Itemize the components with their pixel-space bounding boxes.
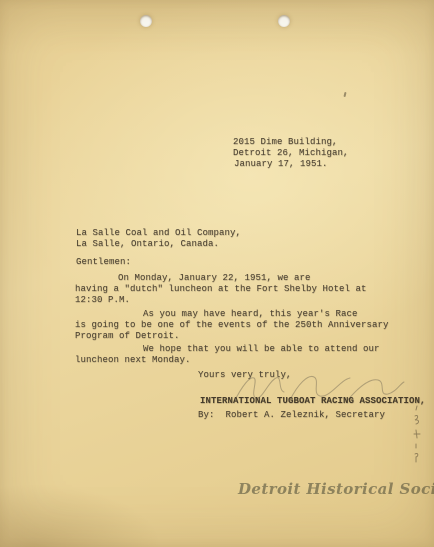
paper-speck — [343, 92, 346, 97]
paragraph-3-line-1: We hope that you will be able to attend … — [143, 344, 380, 355]
paragraph-1-line-2: having a "dutch" luncheon at the Fort Sh… — [75, 284, 367, 295]
paragraph-2-line-2: is going to be one of the events of the … — [75, 320, 389, 331]
return-address-line-1: 2015 Dime Building, — [233, 137, 338, 148]
paragraph-1-line-1: On Monday, January 22, 1951, we are — [118, 273, 311, 284]
paragraph-2-line-1: As you may have heard, this year's Race — [143, 309, 358, 320]
recipient-line-1: La Salle Coal and Oil Company, — [76, 228, 241, 239]
organization-line: INTERNATIONAL TUGBOAT RACING ASSOCIATION… — [200, 396, 426, 407]
paragraph-3-line-2: luncheon next Monday. — [75, 355, 191, 366]
scanned-letter-page: 2015 Dime Building, Detroit 26, Michigan… — [0, 0, 434, 547]
punch-hole-left — [140, 15, 152, 27]
watermark-text: Detroit Historical Society — [238, 480, 434, 498]
recipient-line-2: La Salle, Ontario, Canada. — [76, 239, 219, 250]
signed-by-line: By: Robert A. Zeleznik, Secretary — [198, 410, 385, 421]
date-line: January 17, 1951. — [234, 159, 328, 170]
paragraph-2-line-3: Program of Detroit. — [75, 331, 180, 342]
salutation: Gentlemen: — [76, 257, 131, 268]
paragraph-1-line-3: 12:30 P.M. — [75, 295, 130, 306]
margin-inscription — [410, 404, 424, 466]
closing-line: Yours very truly, — [198, 370, 292, 381]
return-address-line-2: Detroit 26, Michigan, — [233, 148, 349, 159]
punch-hole-right — [278, 15, 290, 27]
